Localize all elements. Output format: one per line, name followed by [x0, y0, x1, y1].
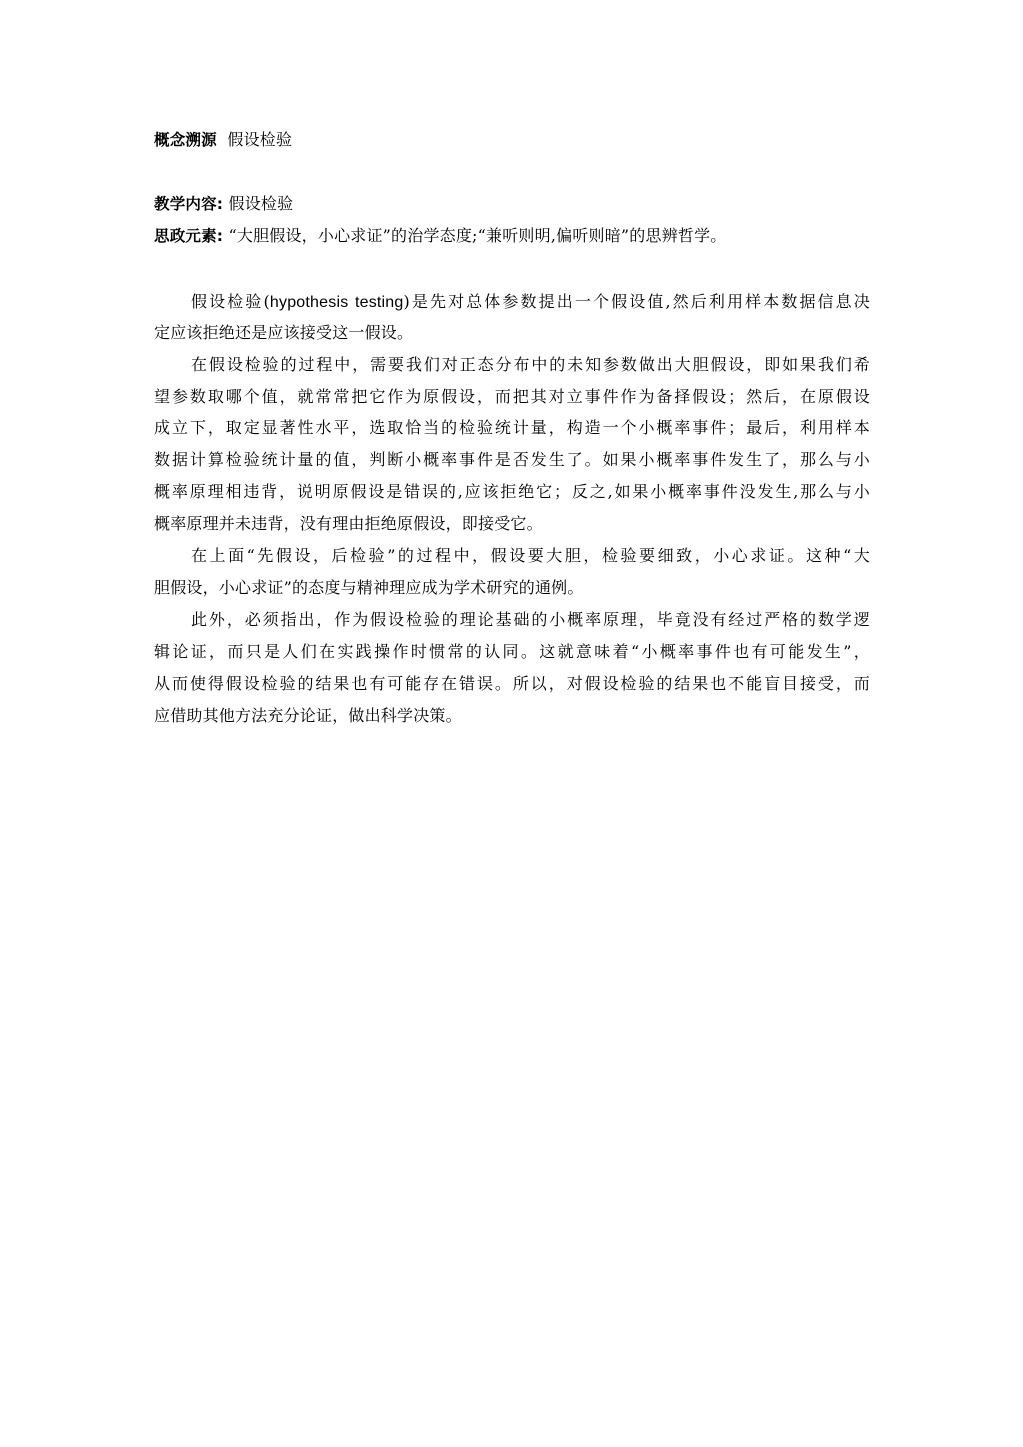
paragraph-line: 辑论证，而只是人们在实践操作时惯常的认同。这就意味着“小概率事件也有可能发生”， — [154, 642, 870, 662]
ideology-elements-label: 思政元素: — [154, 227, 223, 245]
paragraph-line: 定应该拒绝还是应该接受这一假设。 — [154, 323, 870, 343]
paragraph-line: 从而使得假设检验的结果也有可能存在错误。所以，对假设检验的结果也不能盲目接受，而 — [154, 674, 870, 694]
paragraph-line: 概率原理相违背，说明原假设是错误的,应该拒绝它；反之,如果小概率事件没发生,那么… — [154, 482, 870, 502]
paragraph-line: 概率原理并未违背，没有理由拒绝原假设，即接受它。 — [154, 514, 870, 534]
paragraph-line: 在假设检验的过程中，需要我们对正态分布中的未知参数做出大胆假设，即如果我们希 — [191, 355, 870, 375]
concept-origin-value: 假设检验 — [227, 130, 292, 149]
text-segment: 假设检验( — [191, 292, 270, 311]
teaching-content-label: 教学内容: — [154, 195, 223, 213]
text-segment: )是先对总体参数提出一个假设值,然后利用样本数据信息决 — [404, 292, 871, 311]
paragraph-line: 数据计算检验统计量的值，判断小概率事件是否发生了。如果小概率事件发生了，那么与小 — [154, 450, 870, 470]
paragraph-line: 假设检验(hypothesis testing)是先对总体参数提出一个假设值,然… — [191, 292, 870, 313]
document-page: 概念溯源 假设检验 教学内容: 假设检验 思政元素: “大胆假设，小心求证”的治… — [0, 0, 1023, 1447]
paragraph-line: 应借助其他方法充分论证，做出科学决策。 — [154, 706, 870, 726]
concept-origin-label: 概念溯源 — [154, 131, 217, 149]
paragraph-line: 胆假设，小心求证”的态度与精神理应成为学术研究的通例。 — [154, 578, 870, 598]
paragraph-line: 成立下，取定显著性水平，选取恰当的检验统计量，构造一个小概率事件；最后，利用样本 — [154, 418, 870, 438]
paragraph-line: 望参数取哪个值，就常常把它作为原假设，而把其对立事件作为备择假设；然后，在原假设 — [154, 387, 870, 407]
concept-origin-heading: 概念溯源 假设检验 — [154, 130, 870, 150]
english-term: hypothesis testing — [270, 294, 404, 311]
ideology-elements-value: “大胆假设，小心求证”的治学态度;“兼听则明,偏听则暗”的思辨哲学。 — [229, 226, 727, 245]
paragraph-line: 在上面“先假设，后检验”的过程中，假设要大胆，检验要细致，小心求证。这种“大 — [191, 546, 870, 566]
paragraph-line: 此外，必须指出，作为假设检验的理论基础的小概率原理，毕竟没有经过严格的数学逻 — [191, 610, 870, 630]
teaching-content-value: 假设检验 — [229, 194, 294, 213]
ideology-elements-row: 思政元素: “大胆假设，小心求证”的治学态度;“兼听则明,偏听则暗”的思辨哲学。 — [154, 226, 870, 246]
teaching-content-row: 教学内容: 假设检验 — [154, 194, 870, 214]
